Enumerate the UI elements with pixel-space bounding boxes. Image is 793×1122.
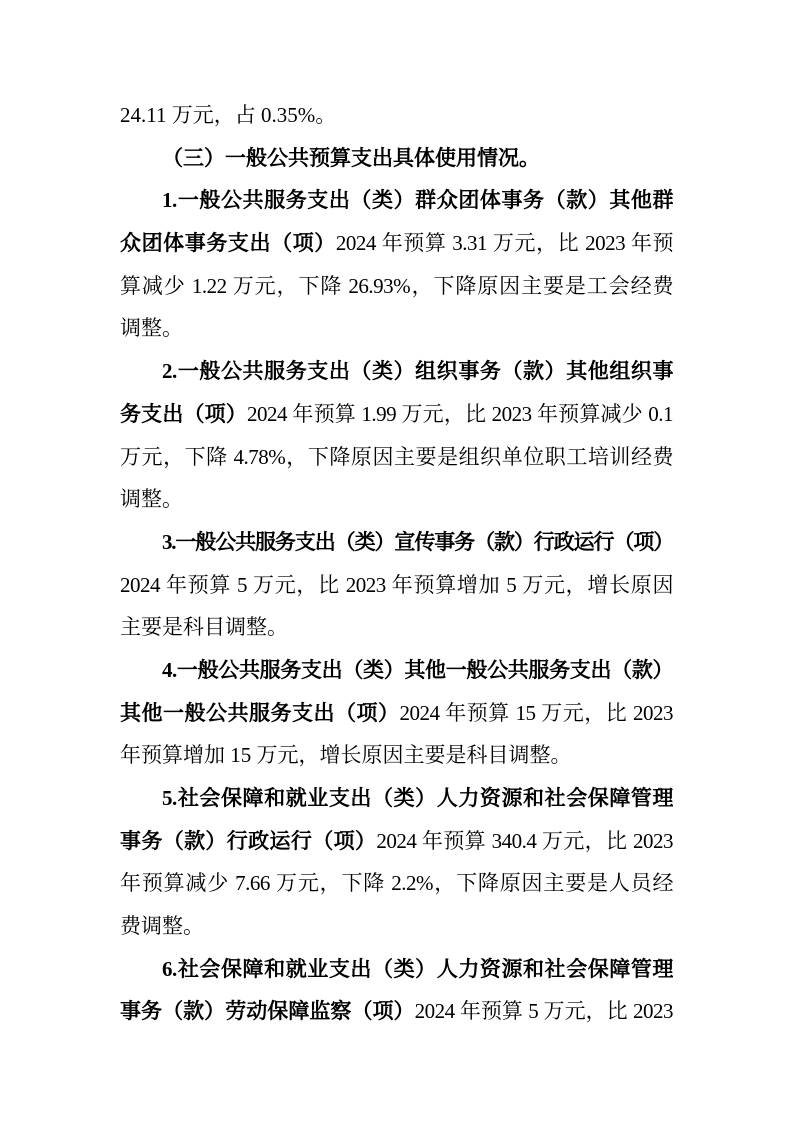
text-run-bold: 事务（款）劳动保障监察（项） [120, 999, 415, 1023]
item-5-line-1: 5.社会保障和就业支出（类）人力资源和社会保障管理 [120, 777, 673, 820]
text-run: 万元，下降 4.78%，下降原因主要是组织单位职工培训经费 [120, 445, 673, 469]
item-4-line-3: 年预算增加 15 万元，增长原因主要是科目调整。 [120, 734, 673, 777]
text-run: 费调整。 [120, 914, 204, 938]
text-run: 24.11 万元，占 0.35%。 [120, 103, 336, 127]
text-run: 算减少 1.22 万元，下降 26.93%，下降原因主要是工会经费 [120, 274, 673, 298]
text-run-bold: 6.社会保障和就业支出（类）人力资源和社会保障管理 [162, 957, 673, 981]
text-run: 主要是科目调整。 [120, 615, 288, 639]
item-6-line-1: 6.社会保障和就业支出（类）人力资源和社会保障管理 [120, 948, 673, 991]
text-run-bold: 4.一般公共服务支出（类）其他一般公共服务支出（款） [162, 658, 673, 682]
item-5-line-4: 费调整。 [120, 905, 673, 948]
text-run: 2024 年预算 5 万元，比 2023 年预算增加 5 万元，增长原因 [120, 573, 673, 597]
text-run: 2024 年预算 3.31 万元，比 2023 年预 [336, 231, 673, 255]
item-1-line-3: 算减少 1.22 万元，下降 26.93%，下降原因主要是工会经费 [120, 265, 673, 308]
text-run: 2024 年预算 15 万元，比 2023 [400, 701, 674, 725]
section-3-heading: （三）一般公共预算支出具体使用情况。 [120, 137, 673, 180]
text-run: 2024 年预算 340.4 万元，比 2023 [376, 829, 673, 853]
document-page: 24.11 万元，占 0.35%。 （三）一般公共预算支出具体使用情况。 1.一… [0, 0, 793, 1122]
text-run-bold: 5.社会保障和就业支出（类）人力资源和社会保障管理 [162, 786, 673, 810]
text-run-bold: 事务（款）行政运行（项） [120, 829, 376, 853]
item-4-line-2: 其他一般公共服务支出（项）2024 年预算 15 万元，比 2023 [120, 692, 673, 735]
text-run-bold: 务支出（项） [120, 402, 247, 426]
item-3-line-3: 主要是科目调整。 [120, 606, 673, 649]
item-5-line-2: 事务（款）行政运行（项）2024 年预算 340.4 万元，比 2023 [120, 820, 673, 863]
item-2-line-3: 万元，下降 4.78%，下降原因主要是组织单位职工培训经费 [120, 436, 673, 479]
item-4-line-1: 4.一般公共服务支出（类）其他一般公共服务支出（款） [120, 649, 673, 692]
text-run: 2024 年预算 5 万元，比 2023 [415, 999, 673, 1023]
prev-paragraph-tail-line: 24.11 万元，占 0.35%。 [120, 94, 673, 137]
text-run-bold: 1.一般公共服务支出（类）群众团体事务（款）其他群 [162, 188, 673, 212]
text-run-bold: 其他一般公共服务支出（项） [120, 701, 400, 725]
item-3-line-1: 3.一般公共服务支出（类）宣传事务（款）行政运行（项） [120, 521, 673, 564]
item-1-line-1: 1.一般公共服务支出（类）群众团体事务（款）其他群 [120, 179, 673, 222]
item-2-line-1: 2.一般公共服务支出（类）组织事务（款）其他组织事 [120, 350, 673, 393]
text-run: 调整。 [120, 487, 183, 511]
item-1-line-2: 众团体事务支出（项）2024 年预算 3.31 万元，比 2023 年预 [120, 222, 673, 265]
text-run-bold: 3.一般公共服务支出（类）宣传事务（款）行政运行（项） [162, 530, 673, 554]
item-3-line-2: 2024 年预算 5 万元，比 2023 年预算增加 5 万元，增长原因 [120, 564, 673, 607]
item-6-line-2: 事务（款）劳动保障监察（项）2024 年预算 5 万元，比 2023 [120, 990, 673, 1033]
item-2-line-4: 调整。 [120, 478, 673, 521]
text-run: 2024 年预算 1.99 万元，比 2023 年预算减少 0.1 [247, 402, 673, 426]
text-run-bold: （三）一般公共预算支出具体使用情况。 [162, 146, 540, 170]
item-1-line-4: 调整。 [120, 307, 673, 350]
text-run: 调整。 [120, 316, 183, 340]
text-run: 年预算减少 7.66 万元，下降 2.2%，下降原因主要是人员经 [120, 871, 673, 895]
text-run-bold: 2.一般公共服务支出（类）组织事务（款）其他组织事 [162, 359, 673, 383]
text-run: 年预算增加 15 万元，增长原因主要是科目调整。 [120, 743, 572, 767]
item-5-line-3: 年预算减少 7.66 万元，下降 2.2%，下降原因主要是人员经 [120, 862, 673, 905]
text-run-bold: 众团体事务支出（项） [120, 231, 336, 255]
item-2-line-2: 务支出（项）2024 年预算 1.99 万元，比 2023 年预算减少 0.1 [120, 393, 673, 436]
